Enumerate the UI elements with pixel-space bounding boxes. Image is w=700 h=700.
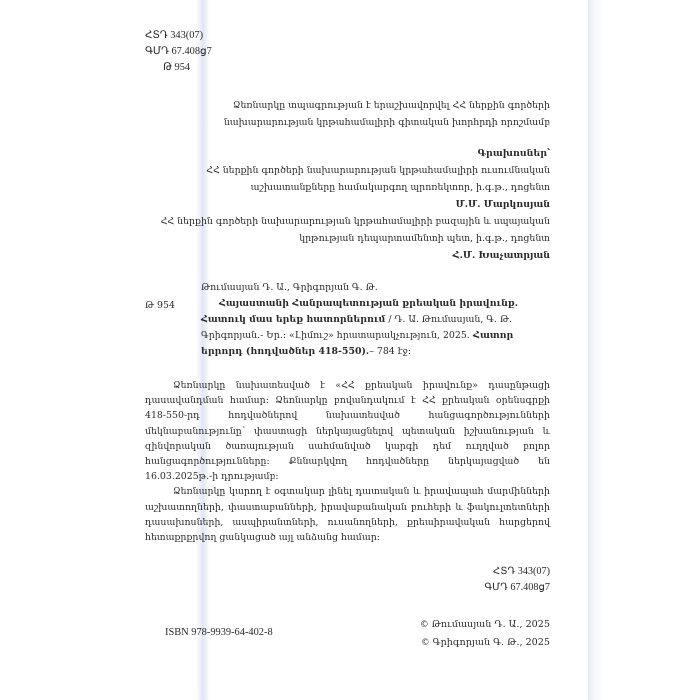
copyright-line: © Թումասյան Դ. Ա., 2025	[145, 616, 550, 634]
approval-line: նախարարության կրթահամալիրի գիտական խորհր…	[145, 114, 550, 131]
scan-page-edge	[588, 0, 700, 700]
reviewer-position-line: ՀՀ ներքին գործերի նախարարության կրթահամա…	[145, 162, 550, 179]
lbc-code: ԳՄԴ 67.408ց7	[145, 580, 550, 596]
udc-code: ՀՏԴ 343(07)	[145, 28, 212, 44]
reviewers-heading: Գրախոսներ՝	[145, 145, 550, 162]
annotation-paragraph: Ձեռնարկը նախատեսված է «ՀՀ քրեական իրավու…	[145, 378, 550, 484]
approval-note: Ձեռնարկը տպագրության է երաշխավորվել ՀՀ ն…	[145, 97, 550, 131]
copyright-icon: ©	[421, 638, 430, 648]
catalog-pages: – 784 էջ:	[369, 346, 411, 357]
reviewers-block: Գրախոսներ՝ ՀՀ ներքին գործերի նախարարությ…	[145, 145, 550, 264]
reviewer-position-line: ՀՀ ներքին գործերի նախարարության կրթահամա…	[145, 213, 550, 230]
lbc-code: ԳՄԴ 67.408ց7	[145, 44, 212, 60]
annotation-paragraph: Ձեռնարկը կարող է օգտակար լինել դատական և…	[145, 484, 550, 545]
imprint-page: ՀՏԴ 343(07) ԳՄԴ 67.408ց7 Թ 954 Ձեռնարկը …	[145, 0, 565, 700]
copyright-icon: ©	[420, 620, 429, 630]
copyright-line: © Գրիգորյան Գ. Թ., 2025	[145, 634, 550, 652]
catalog-code: Թ 954	[145, 298, 175, 313]
classification-codes-top: ՀՏԴ 343(07) ԳՄԴ 67.408ց7 Թ 954	[145, 28, 212, 76]
copyright-holder: Թումասյան Դ. Ա., 2025	[429, 619, 550, 630]
catalog-entry: Թումասյան Դ. Ա., Գրիգորյան Գ. Թ. Հայաստա…	[201, 280, 553, 360]
reviewer-position-line: աշխատանքները համակարգող պրոռեկտոր, ի.գ.թ…	[145, 179, 550, 196]
approval-line: Ձեռնարկը տպագրության է երաշխավորվել ՀՀ ն…	[145, 97, 550, 114]
reviewer-position-line: կրթության դեպարտամենտի պետ, ի.գ.թ., դոցե…	[145, 230, 550, 247]
copyright-holder: Գրիգորյան Գ. Թ., 2025	[430, 637, 550, 648]
catalog-authors: Թումասյան Դ. Ա., Գրիգորյան Գ. Թ.	[201, 280, 553, 296]
author-mark: Թ 954	[145, 60, 212, 76]
reviewer-name: Մ.Մ. Մարկոսյան	[145, 196, 550, 213]
copyright-block: © Թումասյան Դ. Ա., 2025 © Գրիգորյան Գ. Թ…	[145, 616, 550, 652]
reviewer-name: Հ.Մ. Խաչատրյան	[145, 247, 550, 264]
udc-code: ՀՏԴ 343(07)	[145, 564, 550, 580]
annotation: Ձեռնարկը նախատեսված է «ՀՀ քրեական իրավու…	[145, 378, 550, 545]
classification-codes-bottom: ՀՏԴ 343(07) ԳՄԴ 67.408ց7	[145, 564, 550, 596]
